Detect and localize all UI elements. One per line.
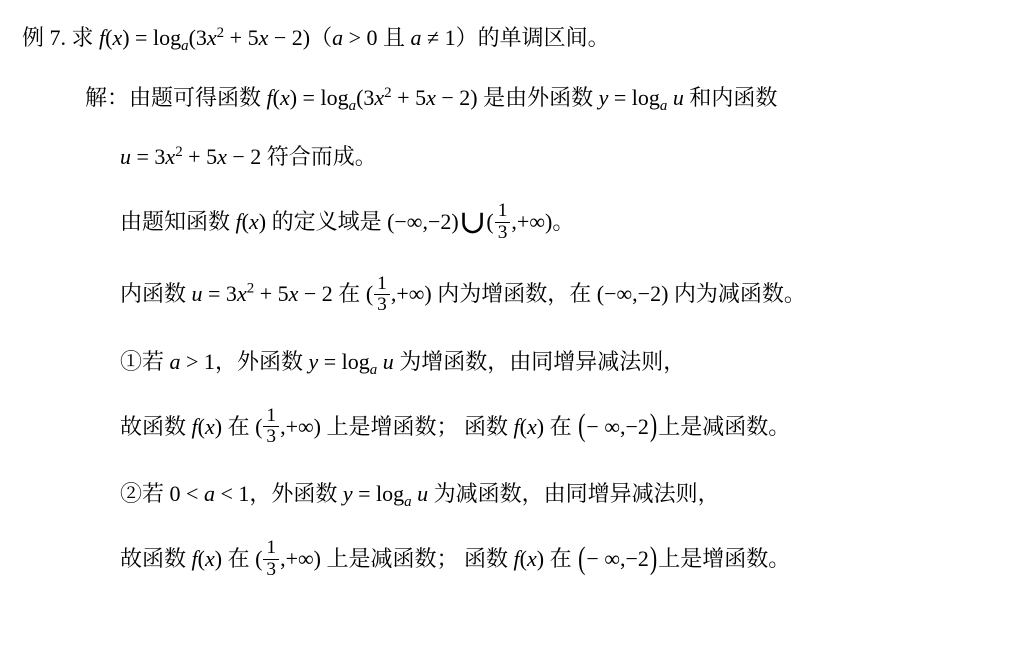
math-roman-run: ( bbox=[520, 546, 527, 571]
math-roman-run: ≠ 1 bbox=[422, 25, 456, 50]
math-subscript: a bbox=[181, 38, 188, 54]
text-run: 解：由题可得函数 bbox=[85, 85, 267, 110]
text-run: 由题知函数 bbox=[120, 209, 236, 234]
text-run: 是由外函数 bbox=[483, 85, 599, 110]
math-roman-run: ,+∞) bbox=[280, 546, 326, 571]
math-roman-run: ( bbox=[198, 413, 205, 438]
math-roman-run: ,+∞) bbox=[391, 281, 437, 306]
text-run: ，外函数 bbox=[215, 349, 309, 374]
text-run: 在 bbox=[228, 413, 256, 438]
text-run: 上是减函数； 函数 bbox=[327, 546, 514, 571]
math-italic-run: x bbox=[259, 25, 269, 50]
math-italic-run: a bbox=[204, 481, 215, 506]
math-italic-run: x bbox=[112, 25, 122, 50]
math-italic-run: a bbox=[170, 349, 181, 374]
math-fraction: 13 bbox=[263, 538, 279, 580]
text-run: ①若 bbox=[120, 349, 170, 374]
text-run: 为减函数，由同增异减法则， bbox=[428, 481, 720, 506]
math-roman-run: ) bbox=[259, 209, 272, 234]
math-roman-run: ( bbox=[255, 413, 262, 438]
math-roman-run: + 5 bbox=[224, 25, 258, 50]
text-line-5: 内函数 u = 3x2 + 5x − 2 在 (13,+∞) 内为增函数，在 (… bbox=[120, 275, 1031, 317]
text-run: 上是增函数； 函数 bbox=[327, 413, 514, 438]
math-roman-run: ( bbox=[198, 546, 205, 571]
math-roman-run: − ∞,−2 bbox=[586, 546, 649, 571]
text-run: 内为减函数。 bbox=[674, 281, 806, 306]
math-roman-run: = log bbox=[608, 85, 660, 110]
math-roman-run: ) bbox=[215, 413, 228, 438]
text-line-9: 故函数 f(x) 在 (13,+∞) 上是减函数； 函数 f(x) 在 (− ∞… bbox=[120, 540, 1031, 582]
text-run: 在 bbox=[228, 546, 256, 571]
math-superscript: 2 bbox=[384, 84, 391, 100]
math-roman-run: ( bbox=[242, 209, 249, 234]
math-roman-run: = 3 bbox=[131, 144, 165, 169]
text-line-6: ①若 a > 1，外函数 y = loga u 为增函数，由同增异减法则， bbox=[120, 348, 1031, 377]
math-italic-run: u bbox=[667, 85, 684, 110]
math-roman-run: ( bbox=[255, 546, 262, 571]
text-run: 故函数 bbox=[120, 413, 192, 438]
math-roman-run: > 1 bbox=[181, 349, 215, 374]
text-run: 且 bbox=[383, 25, 411, 50]
math-italic-run: x bbox=[165, 144, 175, 169]
math-roman-run: + 5 bbox=[183, 144, 217, 169]
text-line-2: 解：由题可得函数 f(x) = loga(3x2 + 5x − 2) 是由外函数… bbox=[85, 84, 1031, 113]
math-subscript: a bbox=[349, 98, 356, 114]
text-run: 在 bbox=[338, 281, 366, 306]
math-superscript: 2 bbox=[175, 144, 182, 160]
math-roman-run: − ∞,−2 bbox=[586, 413, 649, 438]
math-roman-run: + 5 bbox=[392, 85, 426, 110]
math-italic-run: u bbox=[377, 349, 394, 374]
fraction-numerator: 1 bbox=[263, 406, 279, 427]
math-roman-run: ) = log bbox=[122, 25, 181, 50]
math-roman-run: − 2) bbox=[268, 25, 310, 50]
math-solution-body: 例 7. 求 f(x) = loga(3x2 + 5x − 2)（a > 0 且… bbox=[0, 24, 1031, 581]
fraction-numerator: 1 bbox=[495, 201, 511, 222]
math-fraction: 13 bbox=[263, 406, 279, 448]
text-run: 。 bbox=[552, 209, 574, 234]
math-roman-run: = log bbox=[353, 481, 405, 506]
math-italic-run: x bbox=[205, 413, 215, 438]
text-run: 的定义域是 bbox=[272, 209, 388, 234]
math-italic-run: x bbox=[205, 546, 215, 571]
text-line-1: 例 7. 求 f(x) = loga(3x2 + 5x − 2)（a > 0 且… bbox=[22, 24, 1031, 53]
fraction-denominator: 3 bbox=[374, 295, 390, 315]
math-italic-run: x bbox=[374, 85, 384, 110]
math-italic-run: x bbox=[527, 413, 537, 438]
math-roman-run: ,+∞) bbox=[280, 413, 326, 438]
text-run: 内函数 bbox=[120, 281, 192, 306]
document-page: 例 7. 求 f(x) = loga(3x2 + 5x − 2)（a > 0 且… bbox=[0, 0, 1031, 662]
math-italic-run: x bbox=[249, 209, 259, 234]
math-roman-run: = log bbox=[318, 349, 370, 374]
text-line-4: 由题知函数 f(x) 的定义域是 (−∞,−2)∪(13,+∞)。 bbox=[120, 203, 1031, 245]
math-roman-run: 0 < bbox=[170, 481, 204, 506]
text-run: 内为增函数，在 bbox=[437, 281, 597, 306]
math-roman-run: ,+∞) bbox=[511, 209, 552, 234]
math-italic-run: u bbox=[120, 144, 131, 169]
math-fraction: 13 bbox=[374, 274, 390, 316]
math-roman-run: ) bbox=[215, 546, 228, 571]
text-run: ②若 bbox=[120, 481, 170, 506]
math-fraction: 13 bbox=[495, 201, 511, 243]
text-run: 故函数 bbox=[120, 546, 192, 571]
math-roman-run: − 2 bbox=[298, 281, 338, 306]
big-paren: ( bbox=[577, 405, 586, 446]
math-roman-run: > 0 bbox=[343, 25, 383, 50]
math-roman-run: ( bbox=[366, 281, 373, 306]
text-run: 符合而成。 bbox=[267, 144, 377, 169]
math-roman-run: (−∞,−2) bbox=[387, 209, 459, 234]
math-roman-run: = 3 bbox=[203, 281, 237, 306]
text-run: 在 bbox=[550, 413, 578, 438]
math-italic-run: a bbox=[411, 25, 422, 50]
math-roman-run: ( bbox=[520, 413, 527, 438]
math-italic-run: x bbox=[237, 281, 247, 306]
math-roman-run: + 5 bbox=[254, 281, 288, 306]
math-subscript: a bbox=[404, 494, 411, 510]
fraction-numerator: 1 bbox=[374, 274, 390, 295]
text-line-7: 故函数 f(x) 在 (13,+∞) 上是增函数； 函数 f(x) 在 (− ∞… bbox=[120, 408, 1031, 450]
text-run: （ bbox=[310, 25, 332, 50]
math-roman-run: − 2 bbox=[227, 144, 267, 169]
math-italic-run: x bbox=[217, 144, 227, 169]
big-paren: ) bbox=[649, 538, 658, 579]
math-italic-run: x bbox=[207, 25, 217, 50]
text-line-8: ②若 0 < a < 1，外函数 y = loga u 为减函数，由同增异减法则… bbox=[120, 480, 1031, 509]
math-roman-run: ) bbox=[537, 546, 550, 571]
math-italic-run: x bbox=[280, 85, 290, 110]
math-roman-run: ) bbox=[537, 413, 550, 438]
text-run: 上是增函数。 bbox=[658, 546, 790, 571]
math-roman-run: < 1 bbox=[215, 481, 249, 506]
text-run: ，外函数 bbox=[249, 481, 343, 506]
math-roman-run: ) = log bbox=[290, 85, 349, 110]
text-run: 和内函数 bbox=[684, 85, 778, 110]
math-roman-run: ( bbox=[486, 209, 493, 234]
math-italic-run: y bbox=[599, 85, 609, 110]
math-roman-run: (3 bbox=[356, 85, 374, 110]
text-run: 上是减函数。 bbox=[658, 413, 790, 438]
text-run: 在 bbox=[550, 546, 578, 571]
text-run: 为增函数，由同增异减法则， bbox=[394, 349, 686, 374]
fraction-numerator: 1 bbox=[263, 538, 279, 559]
big-paren: ) bbox=[649, 405, 658, 446]
fraction-denominator: 3 bbox=[263, 427, 279, 447]
math-roman-run: − 2) bbox=[436, 85, 483, 110]
math-roman-run: (−∞,−2) bbox=[597, 281, 674, 306]
big-paren: ( bbox=[577, 538, 586, 579]
math-italic-run: x bbox=[527, 546, 537, 571]
text-run: ）的单调区间。 bbox=[456, 25, 610, 50]
math-roman-run: (3 bbox=[189, 25, 207, 50]
math-italic-run: u bbox=[192, 281, 203, 306]
math-italic-run: y bbox=[343, 481, 353, 506]
math-roman-run: ( bbox=[273, 85, 280, 110]
math-italic-run: a bbox=[332, 25, 343, 50]
math-italic-run: x bbox=[426, 85, 436, 110]
math-italic-run: u bbox=[412, 481, 429, 506]
math-italic-run: x bbox=[289, 281, 299, 306]
text-line-3: u = 3x2 + 5x − 2 符合而成。 bbox=[120, 143, 1031, 172]
text-run: 例 7. 求 bbox=[22, 25, 99, 50]
union-symbol: ∪ bbox=[459, 205, 487, 241]
math-italic-run: y bbox=[308, 349, 318, 374]
fraction-denominator: 3 bbox=[495, 223, 511, 243]
fraction-denominator: 3 bbox=[263, 560, 279, 580]
